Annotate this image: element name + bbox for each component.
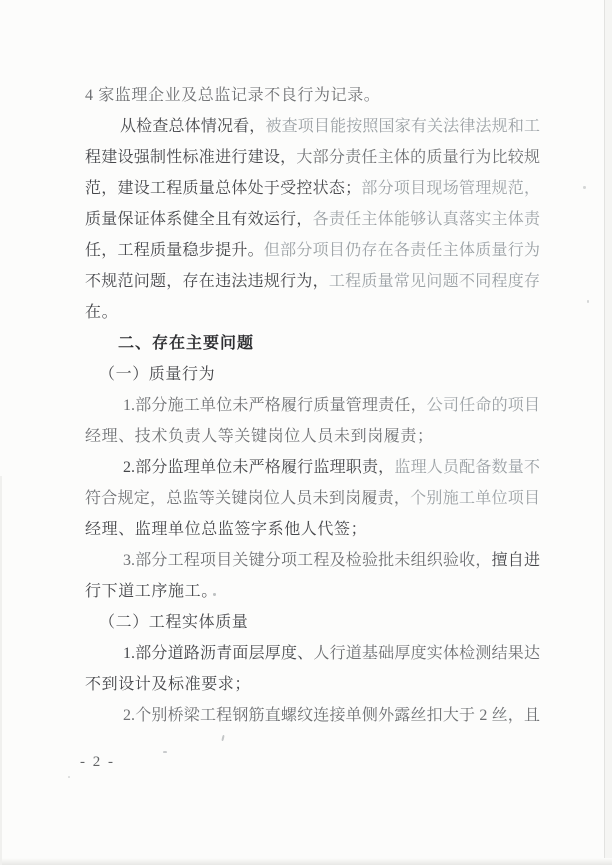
sub-heading: （二）工程实体质量 [85,607,554,638]
text-segment: 行下道工序施工。 [85,583,218,600]
text-line: 不到设计及标准要求； [85,669,540,700]
text-segment: 经理、监理单位总监签字系他人代签； [85,521,367,538]
text-segment: 4 家监理企业及总监记录不良行为记录。 [85,87,380,104]
text-line: 任，工程质量稳步提升。但部分项目仍存在各责任主体质量行为 [85,235,540,266]
section-heading: 二、存在主要问题 [85,328,573,359]
text-segment: （一）质量行为 [99,366,215,383]
scan-speckle [583,186,586,189]
text-segment: 2.部分监理单位未严格履行监理职责， [123,459,394,476]
text-line: 范，建设工程质量总体处于受控状态；部分项目现场管理规范， [85,173,540,204]
text-segment: 被查项目能按照国家有关法律法规和工 [265,118,540,135]
scan-speckle [163,751,167,753]
text-segment: 不规范问题，存在违法违规行为， [85,273,329,290]
text-line: 不规范问题，存在违法违规行为，工程质量常见问题不同程度存 [85,266,540,297]
text-line: 经理、技术负责人等关键岗位人员未到岗履责； [85,421,540,452]
page-edge-shadow [0,858,612,865]
scanned-page: 4 家监理企业及总监记录不良行为记录。从检查总体情况看，被查项目能按照国家有关法… [0,0,612,865]
text-line: 从检查总体情况看，被查项目能按照国家有关法律法规和工 [85,111,540,142]
text-segment: 各责任主体能够认真落实主体责 [313,211,540,228]
text-line: 2.个别桥梁工程钢筋直螺纹连接单侧外露丝扣大于 2 丝，且 [85,700,540,731]
text-segment: 大部分责任主体的质量行为比较规 [296,149,540,166]
text-segment: 1.部分道路沥青面层厚度、 [123,645,313,662]
text-segment: 范，建设工程质量总体处于受控状态； [85,180,361,197]
page-edge-shadow [0,476,2,865]
text-segment: 二、存在主要问题 [118,335,254,352]
text-line: 2.部分监理单位未严格履行监理职责，监理人员配备数量不 [85,452,540,483]
text-segment: 在。 [85,304,118,321]
text-line: 行下道工序施工。 [85,576,540,607]
text-segment: 从检查总体情况看， [120,118,265,135]
text-segment: 任，工程质量稳步提升。 [85,242,264,259]
text-segment: 人行道基础厚度实体检测结果达 [313,645,540,662]
text-segment: 部分项目现场管理规范， [361,180,540,197]
text-segment: 个别施工单位项目 [410,490,540,507]
page-number: - 2 - [80,752,115,772]
text-line: 质量保证体系健全且有效运行，各责任主体能够认真落实主体责 [85,204,540,235]
text-segment: 工程质量常见问题不同程度存 [329,273,540,290]
text-segment: 公司任命的项目 [427,397,540,414]
text-line: 在。 [85,297,540,328]
text-line: 3.部分工程项目关键分项工程及检验批未组织验收，擅自进 [85,545,540,576]
scan-speckle [587,300,589,303]
text-segment: 但部分项目仍存在各责任主体质量行为 [264,242,540,259]
text-segment: （二）工程实体质量 [99,614,248,631]
text-segment: 监理人员配备数量不 [394,459,540,476]
sub-heading: （一）质量行为 [85,359,554,390]
scan-speckle [221,735,224,741]
page-edge-shadow [605,0,612,865]
text-segment: 不到设计及标准要求； [85,676,251,693]
text-segment: 擅自进 [492,552,540,569]
scan-speckle [68,776,70,778]
text-segment: 3.部分工程项目关键分项工程及检验批未组织验收， [123,552,492,569]
text-segment: 经理、技术负责人等关键岗位人员未到岗履责； [85,428,434,445]
text-segment: 1.部分施工单位未严格履行质量管理责任， [123,397,427,414]
text-line: 1.部分道路沥青面层厚度、人行道基础厚度实体检测结果达 [85,638,540,669]
text-segment: 程建设强制性标准进行建设， [85,149,296,166]
text-line: 1.部分施工单位未严格履行质量管理责任，公司任命的项目 [85,390,540,421]
text-line: 4 家监理企业及总监记录不良行为记录。 [85,80,540,111]
text-segment: 2.个别桥梁工程钢筋直螺纹连接单侧外露丝扣大于 2 丝，且 [123,707,540,724]
text-segment: 质量保证体系健全且有效运行， [85,211,313,228]
page-edge-shadow [604,0,605,865]
text-line: 程建设强制性标准进行建设，大部分责任主体的质量行为比较规 [85,142,540,173]
scan-speckle [213,593,216,596]
text-segment: 符合规定，总监等关键岗位人员未到岗履责， [85,490,410,507]
text-line: 经理、监理单位总监签字系他人代签； [85,514,540,545]
document-body: 4 家监理企业及总监记录不良行为记录。从检查总体情况看，被查项目能按照国家有关法… [0,80,612,731]
text-line: 符合规定，总监等关键岗位人员未到岗履责，个别施工单位项目 [85,483,540,514]
